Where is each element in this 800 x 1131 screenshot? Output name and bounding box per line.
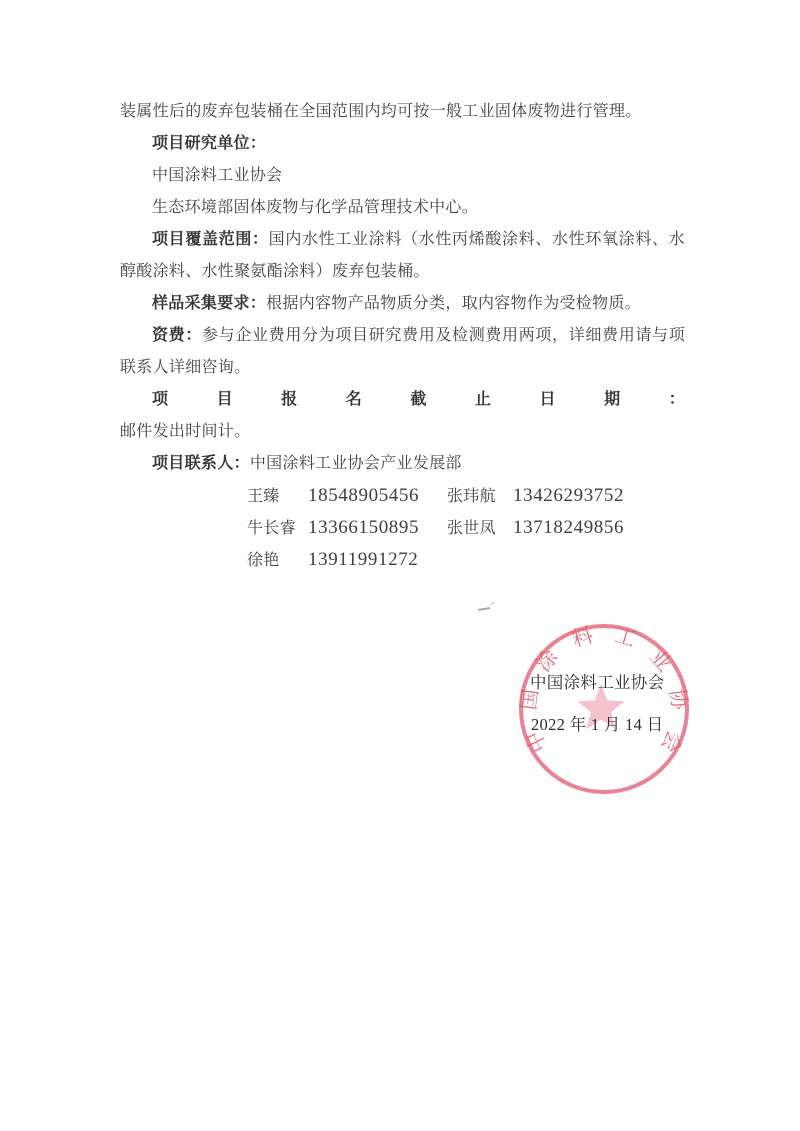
stamp-org-text: 中国涂料工业协会 xyxy=(530,672,664,694)
contact-phone: 18548905456 xyxy=(308,480,447,512)
line-text: 参与企业费用分为项目研究费用及检测费用两项，详细费用请与项目 xyxy=(120,327,685,352)
contact-phone: 13426293752 xyxy=(513,480,624,512)
section-label: 项目报名截止日期： xyxy=(152,391,685,408)
body-line: 邮件发出时间计。 xyxy=(120,416,685,448)
body-line: 项目报名截止日期：2022 年 3 月 31 日，以盖章企业信息填报表（见附件） xyxy=(120,384,685,416)
pen-mark-icon xyxy=(478,607,490,611)
contact-phone: 13911991272 xyxy=(308,544,447,576)
body-line: 项目覆盖范围：国内水性工业涂料（水性丙烯酸涂料、水性环氧涂料、水性 xyxy=(120,224,685,256)
line-text: 中国涂料工业协会产业发展部 xyxy=(250,455,462,472)
body-line: 项目联系人：中国涂料工业协会产业发展部 xyxy=(120,448,685,480)
document-page: 装属性后的废弃包装桶在全国范围内均可按一般工业固体废物进行管理。 项目研究单位：… xyxy=(0,0,800,1131)
contact-name: 牛长睿 xyxy=(247,513,308,545)
body-text: 装属性后的废弃包装桶在全国范围内均可按一般工业固体废物进行管理。 项目研究单位：… xyxy=(120,96,685,576)
contact-row: 王臻18548905456张玮航13426293752 xyxy=(120,480,685,512)
body-line: 中国涂料工业协会 xyxy=(120,160,685,192)
line-text: 中国涂料工业协会 xyxy=(152,167,282,184)
section-label: 资费： xyxy=(152,327,202,344)
contact-row: 徐艳13911991272 xyxy=(120,544,685,576)
body-line: 装属性后的废弃包装桶在全国范围内均可按一般工业固体废物进行管理。 xyxy=(120,96,685,128)
line-text: 生态环境部固体废物与化学品管理技术中心。 xyxy=(152,199,478,216)
body-line: 项目研究单位： xyxy=(120,128,685,160)
contact-name: 张玮航 xyxy=(447,481,513,513)
contact-row: 牛长睿13366150895张世凤13718249856 xyxy=(120,512,685,544)
section-label: 项目研究单位： xyxy=(152,135,266,152)
body-line: 生态环境部固体废物与化学品管理技术中心。 xyxy=(120,192,685,224)
contact-name: 徐艳 xyxy=(247,545,308,577)
line-text: 邮件发出时间计。 xyxy=(120,423,250,440)
section-label: 样品采集要求： xyxy=(152,295,266,312)
body-line: 联系人详细咨询。 xyxy=(120,352,685,384)
contact-name: 张世凤 xyxy=(447,513,513,545)
line-text: 装属性后的废弃包装桶在全国范围内均可按一般工业固体废物进行管理。 xyxy=(120,103,642,120)
stamp-seal: 中国涂料工业协会 xyxy=(504,609,704,809)
section-label: 项目联系人： xyxy=(152,455,250,472)
body-line: 资费：参与企业费用分为项目研究费用及检测费用两项，详细费用请与项目 xyxy=(120,320,685,352)
body-line: 样品采集要求：根据内容物产品物质分类，取内容物作为受检物质。 xyxy=(120,288,685,320)
line-text: 醇酸涂料、水性聚氨酯涂料）废弃包装桶。 xyxy=(120,263,430,280)
pen-mark-icon xyxy=(490,602,495,606)
section-label: 项目覆盖范围： xyxy=(152,231,269,248)
contact-phone: 13366150895 xyxy=(308,512,447,544)
contact-name: 王臻 xyxy=(247,481,308,513)
line-text: 联系人详细咨询。 xyxy=(120,359,250,376)
body-line: 醇酸涂料、水性聚氨酯涂料）废弃包装桶。 xyxy=(120,256,685,288)
stamp-date-text: 2022 年 1 月 14 日 xyxy=(531,714,663,736)
line-text: 根据内容物产品物质分类，取内容物作为受检物质。 xyxy=(266,295,641,312)
contact-phone: 13718249856 xyxy=(513,512,624,544)
